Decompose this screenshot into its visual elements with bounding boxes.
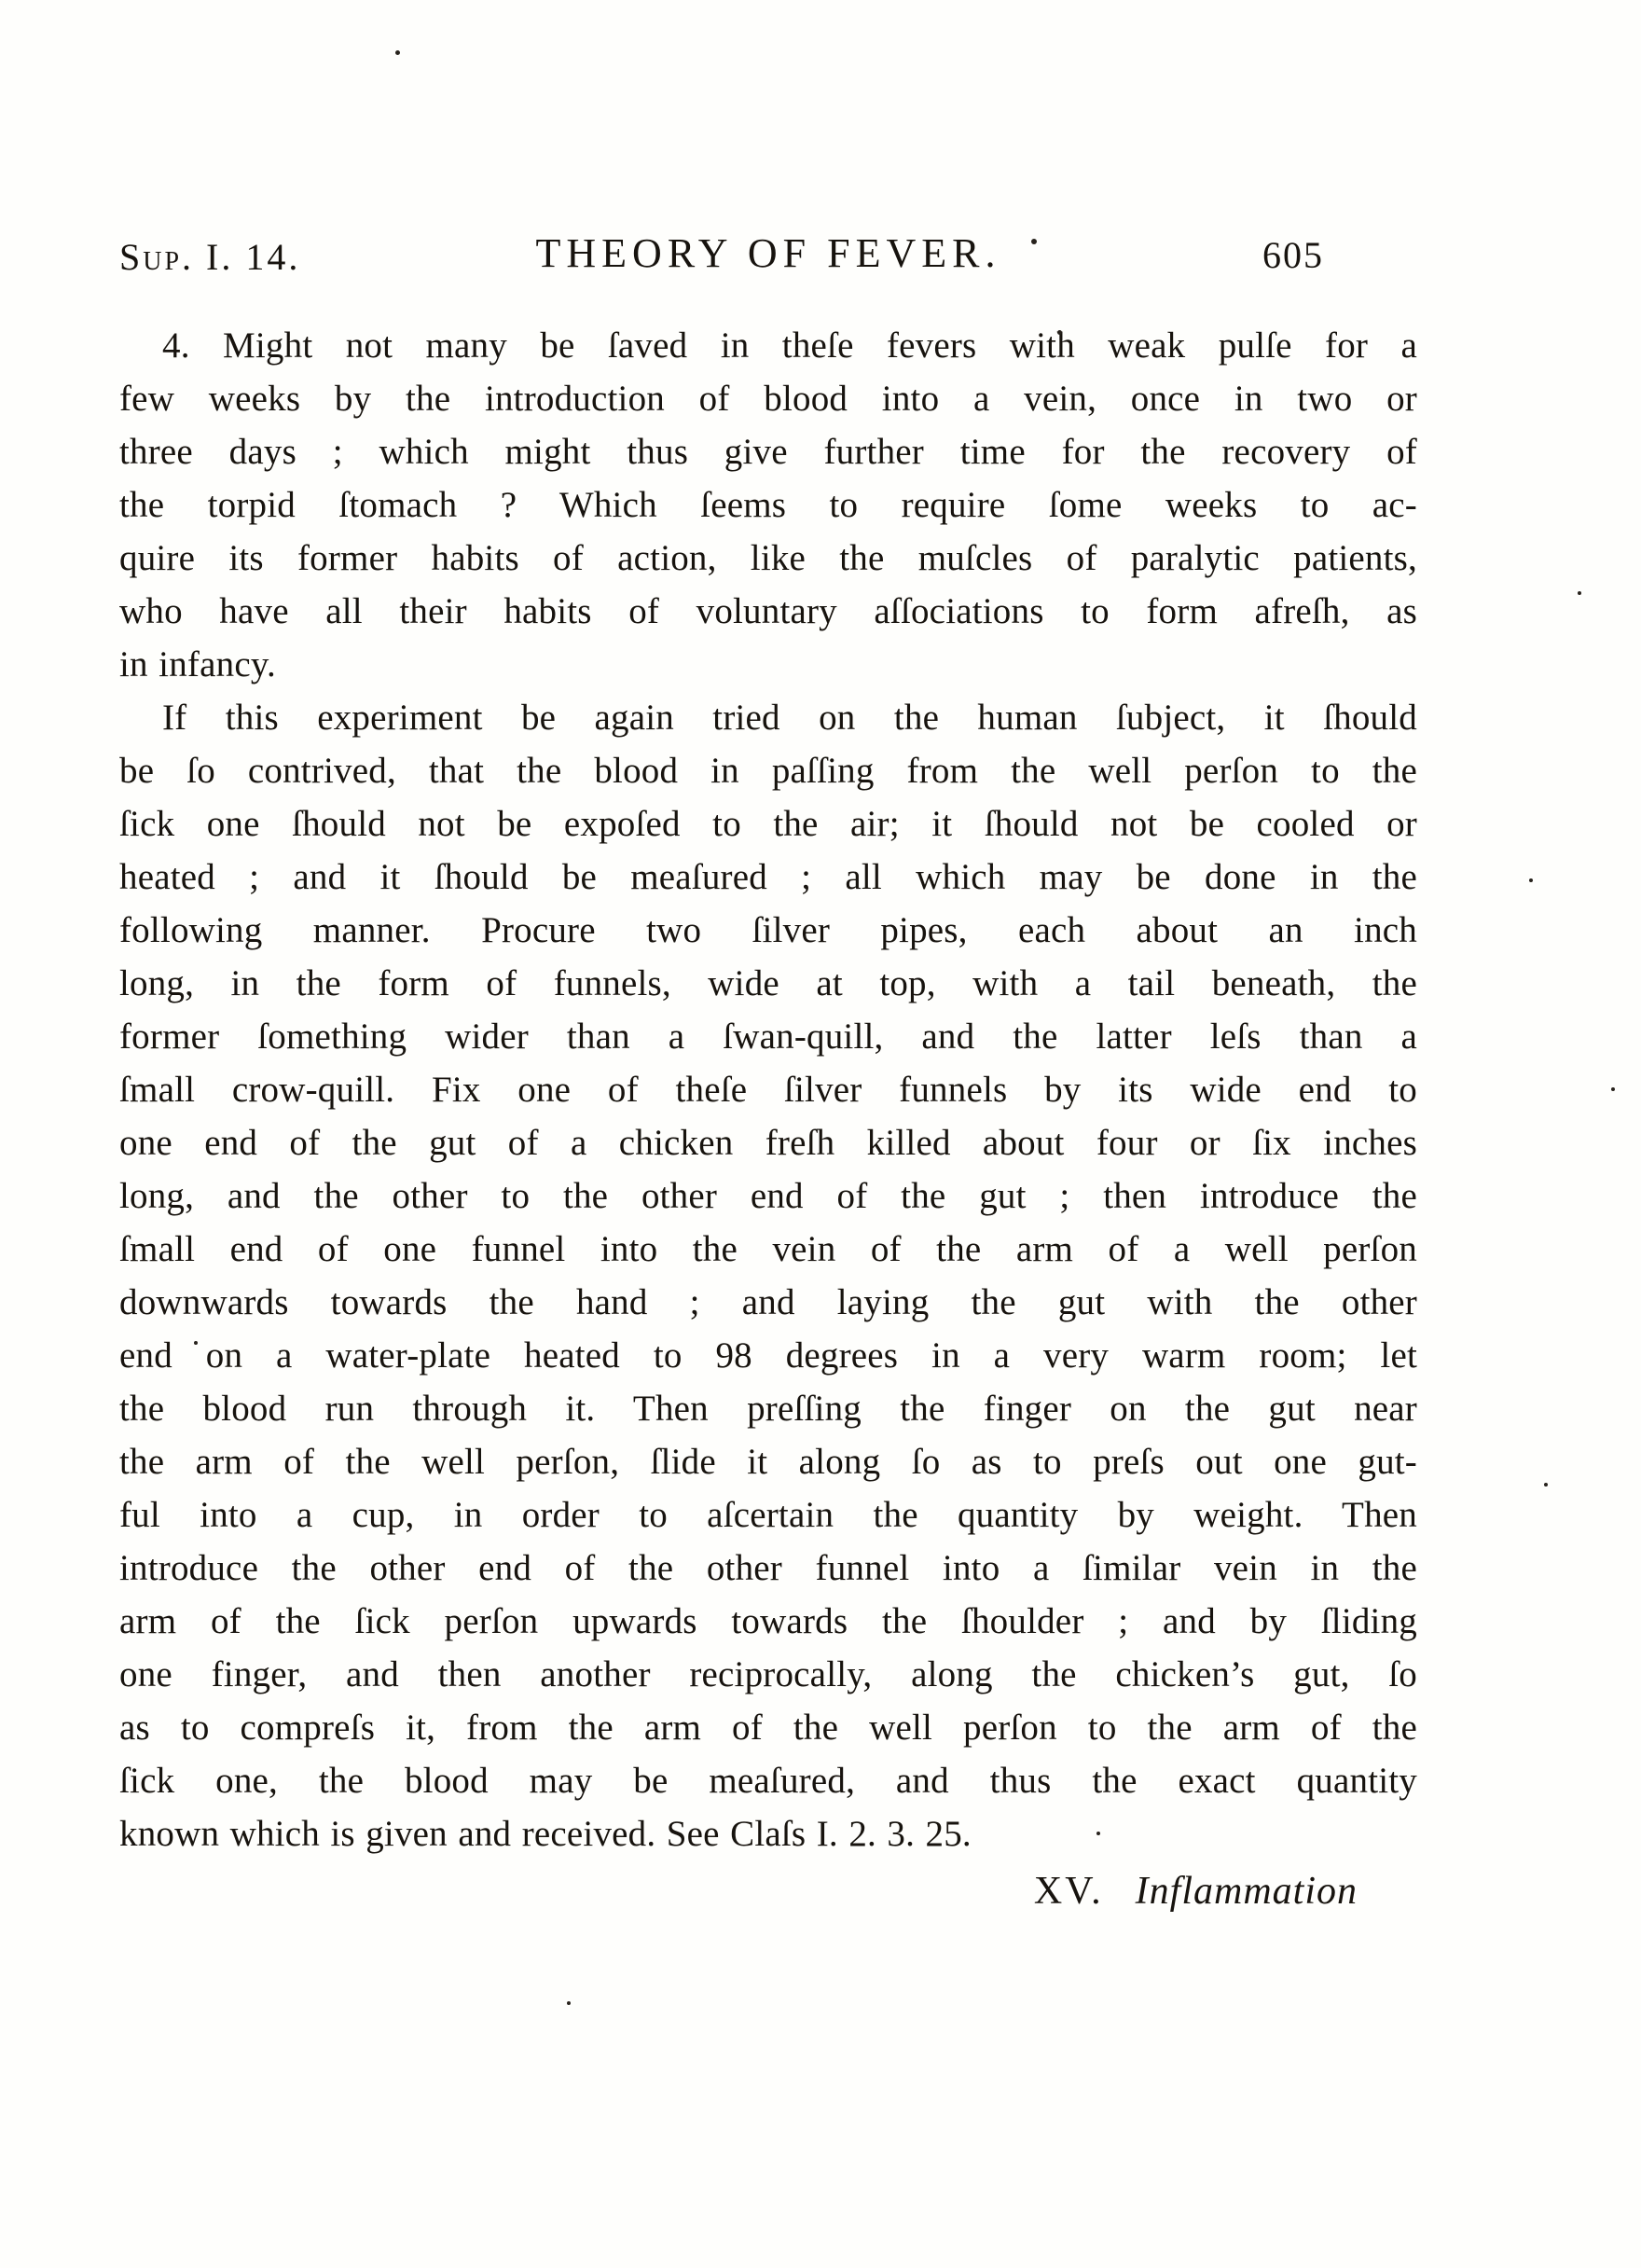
text-line: following manner. Procure two ſilver pip…	[119, 904, 1417, 957]
body-text: 4. Might not many be ſaved in theſe feve…	[119, 319, 1417, 1860]
scan-speck	[1031, 239, 1037, 244]
text-line: the arm of the well perſon, ſlide it alo…	[119, 1435, 1417, 1488]
text-line: known which is given and received. See C…	[119, 1807, 1417, 1860]
text-line: heated ; and it ſhould be meaſured ; all…	[119, 850, 1417, 904]
text-line: the blood run through it. Then preſſing …	[119, 1382, 1417, 1435]
section-signature: Sup. I. 14.	[119, 235, 300, 279]
text-line: ſmall crow-quill. Fix one of theſe ſilve…	[119, 1063, 1417, 1116]
scan-speck	[1096, 1832, 1100, 1835]
scan-speck	[1578, 591, 1581, 595]
next-section-numeral: XV.	[1034, 1870, 1104, 1913]
running-title: THEORY OF FEVER.	[536, 229, 1001, 277]
text-line: long, in the form of funnels, wide at to…	[119, 957, 1417, 1010]
scan-speck	[1611, 1087, 1615, 1091]
text-line: quire its former habits of action, like …	[119, 532, 1417, 585]
text-line: 4. Might not many be ſaved in theſe feve…	[119, 319, 1417, 372]
text-line: If this experiment be again tried on the…	[119, 691, 1417, 744]
text-line: as to compreſs it, from the arm of the w…	[119, 1701, 1417, 1754]
text-line: ful into a cup, in order to aſcertain th…	[119, 1488, 1417, 1542]
text-line: three days ; which might thus give furth…	[119, 425, 1417, 478]
text-line: former ſomething wider than a ſwan-quill…	[119, 1010, 1417, 1063]
text-line: ſick one, the blood may be meaſured, and…	[119, 1754, 1417, 1807]
scan-speck	[1529, 878, 1533, 882]
book-page: Sup. I. 14. THEORY OF FEVER. 605 4. Migh…	[0, 0, 1641, 2268]
next-section-word: Inflammation	[1136, 1870, 1358, 1913]
text-line: the torpid ſtomach ? Which ſeems to requ…	[119, 478, 1417, 532]
text-line: ſmall end of one funnel into the vein of…	[119, 1223, 1417, 1276]
text-line: one end of the gut of a chicken freſh ki…	[119, 1116, 1417, 1169]
scan-speck	[1544, 1483, 1548, 1487]
scan-speck	[1057, 330, 1062, 335]
text-line: in infancy.	[119, 638, 1417, 691]
text-line: long, and the other to the other end of …	[119, 1169, 1417, 1223]
text-line: end on a water-plate heated to 98 degree…	[119, 1329, 1417, 1382]
scan-speck	[567, 2001, 571, 2005]
text-line: ſick one ſhould not be expoſed to the ai…	[119, 797, 1417, 850]
text-line: introduce the other end of the other fun…	[119, 1542, 1417, 1595]
catchword: XV.Inflammation	[119, 1869, 1417, 1914]
text-line: who have all their habits of voluntary a…	[119, 585, 1417, 638]
page-header: Sup. I. 14. THEORY OF FEVER. 605	[119, 229, 1417, 289]
text-line: few weeks by the introduction of blood i…	[119, 372, 1417, 425]
text-line: be ſo contrived, that the blood in paſſi…	[119, 744, 1417, 797]
scan-speck	[395, 50, 400, 55]
page-number: 605	[1262, 233, 1324, 277]
scan-speck	[194, 1341, 198, 1345]
text-line: arm of the ſick perſon upwards towards t…	[119, 1595, 1417, 1648]
text-line: downwards towards the hand ; and laying …	[119, 1276, 1417, 1329]
text-line: one finger, and then another reciprocall…	[119, 1648, 1417, 1701]
